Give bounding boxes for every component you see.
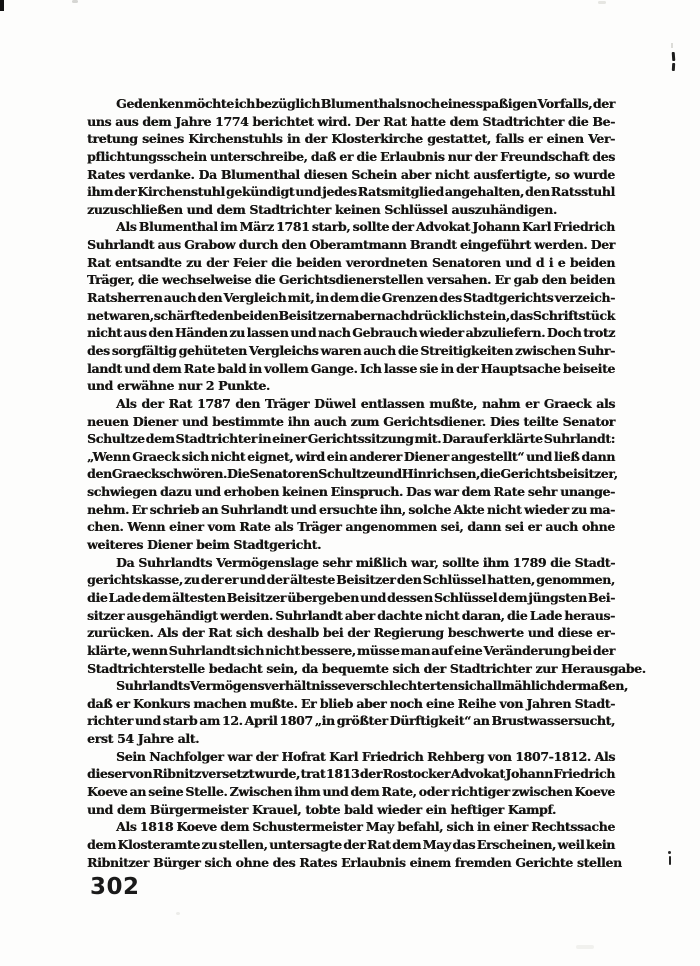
text-line: dieservonRibnitzversetztwurde,trat1813de… xyxy=(87,765,615,783)
text-line: DaSuhrlandtsVermögenslagesehrmißlichwar,… xyxy=(87,554,615,572)
text-line: neuenDienerundbestimmteihnauchzumGericht… xyxy=(87,413,615,431)
scan-artifact-top-dash-2 xyxy=(598,1,606,4)
text-line: dessorgfältiggehütetenVergleichswarenauc… xyxy=(87,342,615,360)
text-line: pflichtungsscheinunterschreibe,daßerdieE… xyxy=(87,148,615,166)
text-line: weiteres Diener beim Stadtgericht. xyxy=(87,536,615,554)
paragraph: Als1818KoevedemSchustermeisterMaybefahl,… xyxy=(87,818,615,871)
text-line: und erwähne nur 2 Punkte. xyxy=(87,377,615,395)
text-block: GedenkenmöchteichbezüglichBlumenthalsnoc… xyxy=(87,95,615,871)
text-line: nehm.ErschriebanSuhrlandtundersuchteihn,… xyxy=(87,501,615,519)
text-line: richterundstarbam12.April1807„ingrößterD… xyxy=(87,712,615,730)
text-line: SuhrlandtausGrabowdurchdenOberamtmannBra… xyxy=(87,236,615,254)
paragraph: SuhrlandtsVermögensverhältnisseverschlec… xyxy=(87,677,615,748)
text-line: Als1818KoevedemSchustermeisterMaybefahl,… xyxy=(87,818,615,836)
scan-artifact-right-dash-1 xyxy=(672,52,676,61)
text-line: ihmderKirchenstuhlgekündigtundjedesRatsm… xyxy=(87,183,615,201)
text-line: tretungseinesKirchenstuhlsinderKlosterki… xyxy=(87,130,615,148)
paragraph: AlsBlumenthalimMärz1781starb,solltederAd… xyxy=(87,218,615,394)
text-line: gerichtskasse,zudererundderältesteBeisit… xyxy=(87,571,615,589)
text-line: sitzerausgehändigtwerden.Suhrlandtaberda… xyxy=(87,607,615,625)
paragraph: DaSuhrlandtsVermögenslagesehrmißlichwar,… xyxy=(87,554,615,677)
page-number: 302 xyxy=(90,874,140,900)
scan-artifact-right-dash-3 xyxy=(669,856,671,865)
text-line: erst 54 Jahre alt. xyxy=(87,730,615,748)
text-line: nichtausdenHändenzulassenundnachGebrauch… xyxy=(87,324,615,342)
scan-artifact-fleck xyxy=(176,912,180,915)
text-line: Stadtrichterstelle bedacht sein, da bequ… xyxy=(87,660,615,678)
scan-artifact-top-dash xyxy=(72,0,78,3)
text-line: Träger,diewechselweisedieGerichtsdieners… xyxy=(87,271,615,289)
text-line: KoeveanseineStelle.ZwischenihmunddemRate… xyxy=(87,783,615,801)
text-line: AlsBlumenthalimMärz1781starb,solltederAd… xyxy=(87,218,615,236)
text-line: RatentsandtezuderFeierdiebeidenverordnet… xyxy=(87,254,615,272)
text-line: klärte,wennSuhrlandtsichnichtbessere,müs… xyxy=(87,642,615,660)
text-line: demKlosteramtezustellen,untersagtederRat… xyxy=(87,836,615,854)
text-line: netwaren,schärftedenbeidenBeisitzernaber… xyxy=(87,307,615,325)
scan-artifact-smudge xyxy=(576,945,594,949)
paragraph: GedenkenmöchteichbezüglichBlumenthalsnoc… xyxy=(87,95,615,218)
text-line: Ribnitzer Bürger sich ohne des Rates Erl… xyxy=(87,854,615,872)
text-line: AlsderRat1787denTrägerDüwelentlassenmußt… xyxy=(87,395,615,413)
scan-artifact-right-dash-2 xyxy=(672,63,675,71)
paragraph: SeinNachfolgerwarderHofratKarlFriedrichR… xyxy=(87,748,615,819)
text-line: Ratesverdanke.DaBlumenthaldiesenScheinab… xyxy=(87,166,615,184)
text-line: schwiegendazuunderhobenkeinenEinspruch.D… xyxy=(87,483,615,501)
text-line: GedenkenmöchteichbezüglichBlumenthalsnoc… xyxy=(87,95,615,113)
book-page: GedenkenmöchteichbezüglichBlumenthalsnoc… xyxy=(0,0,700,966)
text-line: SchultzedemStadtrichterineinerGerichtssi… xyxy=(87,430,615,448)
scan-artifact-right-tick xyxy=(671,43,673,48)
text-line: daßerKonkursmachenmußte.Erbliebabernoche… xyxy=(87,695,615,713)
text-line: SeinNachfolgerwarderHofratKarlFriedrichR… xyxy=(87,748,615,766)
scan-artifact-top-left-bar xyxy=(0,0,4,11)
text-line: landtunddemRatebaldinvollemGange.Ichlass… xyxy=(87,360,615,378)
text-line: dieLadedemältestenBeisitzerübergebenundd… xyxy=(87,589,615,607)
text-line: zuzuschließen und dem Stadtrichter keine… xyxy=(87,201,615,219)
text-line: SuhrlandtsVermögensverhältnisseverschlec… xyxy=(87,677,615,695)
paragraph: AlsderRat1787denTrägerDüwelentlassenmußt… xyxy=(87,395,615,554)
text-line: denGraeckschwören.DieSenatorenSchultzeun… xyxy=(87,465,615,483)
text-line: RatsherrenauchdenVergleichmit,indemdieGr… xyxy=(87,289,615,307)
text-line: unsausdemJahre1774berichtetwird.DerRatha… xyxy=(87,113,615,131)
text-line: „WennGraecksichnichteignet,wirdeinandere… xyxy=(87,448,615,466)
text-line: zurücken.AlsderRatsichdeshalbbeiderRegie… xyxy=(87,624,615,642)
text-line: und dem Bürgermeister Krauel, tobte bald… xyxy=(87,801,615,819)
scan-artifact-right-dot xyxy=(668,851,671,854)
text-line: chen.WenneinervomRatealsTrägerangenommen… xyxy=(87,518,615,536)
